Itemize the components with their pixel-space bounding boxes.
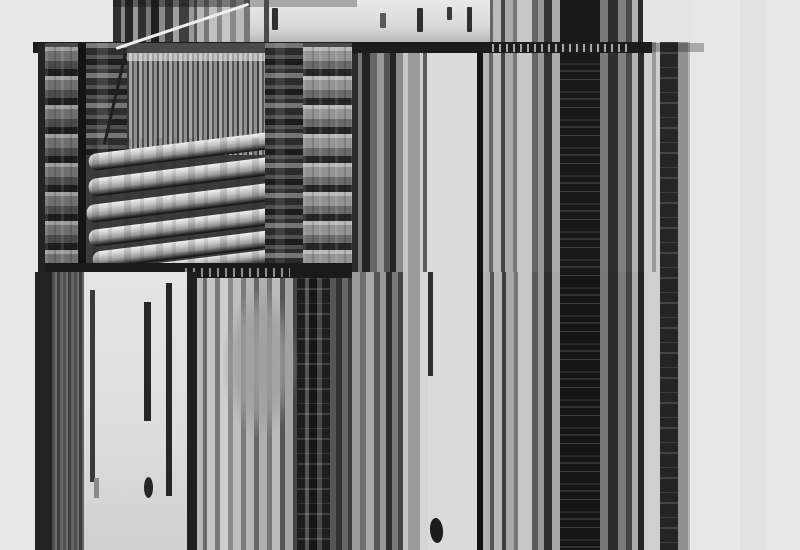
cornice-left-edge	[264, 0, 269, 42]
assembly-left-edge	[38, 43, 45, 272]
panel-scribe-line-2	[144, 302, 151, 421]
panel-dot	[144, 477, 153, 498]
dark-band-speckle	[560, 42, 600, 550]
curtain-scribe-line	[428, 272, 433, 376]
curtain-top-edge-shade	[113, 0, 250, 7]
block-stack-left-mottle	[45, 47, 78, 272]
horizontal-rule-tail	[652, 43, 704, 52]
cornice-tick-2	[380, 13, 386, 28]
rule-dentil-ticks	[492, 44, 630, 52]
bottom-band-dentils	[185, 268, 290, 277]
top-right-paper-patch	[643, 0, 690, 42]
rope-column-right-highlight	[275, 43, 285, 272]
panel-scribe-line-3	[166, 283, 172, 496]
right-edge-band-speckle	[660, 42, 678, 550]
cornice-tick-3	[417, 8, 423, 32]
dark-cluster-speckle	[297, 278, 330, 550]
cabinet-stile	[35, 272, 52, 550]
cornice-tick-5	[467, 7, 472, 32]
cornice-tick-4	[447, 7, 452, 20]
divider-post-left	[78, 43, 86, 272]
engraving-figure	[0, 0, 800, 550]
cabinet-divider-post	[187, 272, 197, 550]
block-stack-right-mottle	[303, 47, 352, 272]
engraving-canvas	[0, 0, 800, 550]
cornice-tick-1	[272, 8, 278, 30]
curtain-smudge	[222, 288, 298, 438]
cabinet-streak-column	[52, 272, 84, 550]
pipe-stripes-top-light	[127, 53, 268, 61]
panel-scribe-line-1-foot	[94, 478, 99, 498]
panel-scribe-line-1	[90, 290, 95, 482]
paper-right-shade	[740, 0, 766, 550]
